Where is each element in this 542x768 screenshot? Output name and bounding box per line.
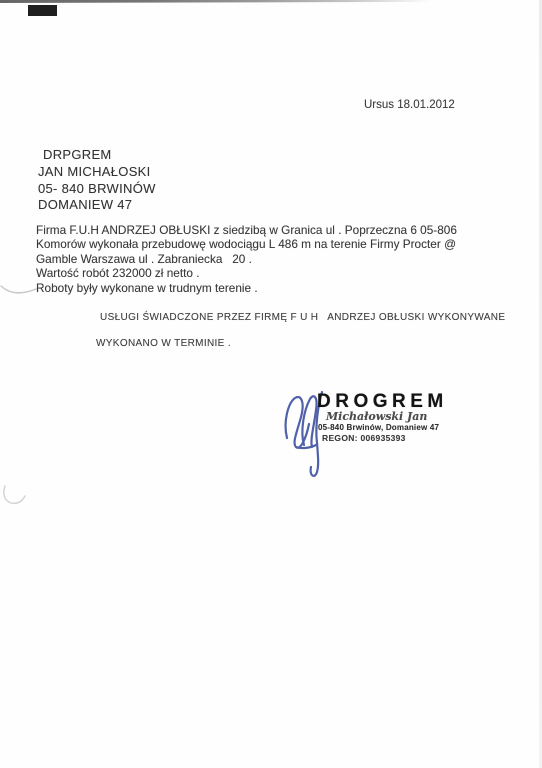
recipient-postal-city: 05- 840 BRWINÓW [38, 181, 156, 198]
recipient-block: DRPGREM JAN MICHAŁOSKI 05- 840 BRWINÓW D… [38, 147, 156, 214]
body-line: Komorów wykonała przebudowę wodociągu L … [36, 237, 516, 251]
stamp-block: DROGREM Michałowski Jan 05-840 Brwinów, … [317, 392, 448, 443]
stamp-regon: REGON: 006935393 [322, 433, 448, 443]
body-line: Wartość robót 232000 zł netto . [36, 266, 516, 280]
statement-line: USŁUGI ŚWIADCZONE PRZEZ FIRMĘ F U H ANDR… [96, 305, 505, 331]
scan-smudge-curve-1 [0, 279, 40, 301]
scan-smudge-curve-2 [0, 484, 32, 510]
body-line: Roboty były wykonane w trudnym terenie . [36, 281, 516, 295]
statement-line: WYKONANO W TERMINIE . [96, 331, 505, 357]
stamp-owner-name: Michałowski Jan [326, 411, 448, 422]
scan-black-mark [28, 5, 57, 16]
scanned-letter-page: Ursus 18.01.2012 DRPGREM JAN MICHAŁOSKI … [0, 0, 542, 768]
body-line: Gamble Warszawa ul . Zabraniecka 20 . [36, 252, 516, 266]
stamp-address: 05-840 Brwinów, Domaniew 47 [318, 423, 448, 432]
recipient-name: DRPGREM [38, 147, 156, 164]
date-line: Ursus 18.01.2012 [364, 99, 455, 111]
recipient-person: JAN MICHAŁOSKI [38, 164, 156, 181]
body-paragraph: Firma F.U.H ANDRZEJ OBŁUSKI z siedzibą w… [36, 223, 516, 295]
body-line: Firma F.U.H ANDRZEJ OBŁUSKI z siedzibą w… [36, 223, 516, 237]
scan-top-edge-line [0, 0, 432, 3]
stamp-company-name: DROGREM [317, 392, 448, 411]
recipient-street: DOMANIEW 47 [38, 197, 156, 214]
statement-block: USŁUGI ŚWIADCZONE PRZEZ FIRMĘ F U H ANDR… [96, 305, 505, 357]
